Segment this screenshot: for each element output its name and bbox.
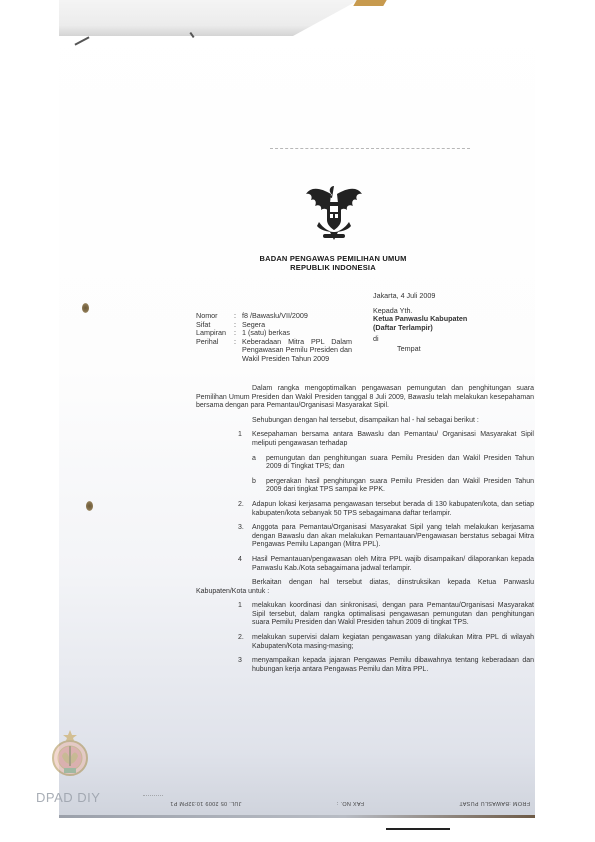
address-block: Jakarta, 4 Juli 2009 Kepada Yth. Ketua P… <box>373 291 467 353</box>
item-text: melakukan koordinasi dan sinkronisasi, d… <box>252 602 534 628</box>
list-item: 3. Anggota para Pemantau/Organisasi Masy… <box>238 524 534 550</box>
item-letter: a <box>252 455 266 472</box>
meta-separator: : <box>234 338 242 364</box>
organization-header: BADAN PENGAWAS PEMILIHAN UMUM REPUBLIK I… <box>200 254 466 272</box>
fold-tab <box>353 0 386 6</box>
list-item: 1 melakukan koordinasi dan sinkronisasi,… <box>238 602 534 628</box>
fax-datetime: JUL. 05 2009 10:32PM P1 <box>170 800 241 806</box>
item-number: 1 <box>238 431 252 448</box>
item-text: Adapun lokasi kerjasama pengawasan terse… <box>252 501 534 518</box>
instructions-list: 1 melakukan koordinasi dan sinkronisasi,… <box>196 602 534 674</box>
meta-label: Perihal <box>196 338 234 364</box>
item-number: 3. <box>238 524 252 550</box>
watermark-text: DPAD DIY <box>36 790 100 805</box>
item-number: 4 <box>238 556 252 573</box>
punch-hole <box>86 501 93 511</box>
place-label: Tempat <box>373 344 467 353</box>
signature-line <box>386 828 450 830</box>
item-number: 3 <box>238 657 252 674</box>
instruction-paragraph: Berkaitan dengan hal tersebut diatas, di… <box>196 579 534 596</box>
fax-number: FAX NO. : <box>337 800 364 806</box>
intro-paragraph: Dalam rangka mengoptimalkan pengawasan p… <box>196 385 534 411</box>
points-list: 1 Kesepahaman bersama antara Bawaslu dan… <box>196 431 534 573</box>
letter-date: Jakarta, 4 Juli 2009 <box>373 291 467 300</box>
di-label: di <box>373 334 467 343</box>
item-text: menyampaikan kepada jajaran Pengawas Pem… <box>252 657 534 674</box>
list-item: a pemungutan dan penghitungan suara Pemi… <box>252 455 534 472</box>
scan-artifact <box>143 795 163 802</box>
list-item: 2. melakukan supervisi dalam kegiatan pe… <box>238 634 534 651</box>
transition-paragraph: Sehubungan dengan hal tersebut, disampai… <box>196 417 534 426</box>
fax-header-upside-down: FROM :BAWASLU PUSAT FAX NO. : JUL. 05 20… <box>170 797 530 809</box>
organization-name: BADAN PENGAWAS PEMILIHAN UMUM <box>200 254 466 263</box>
garuda-emblem-icon <box>303 180 365 246</box>
list-item: 1 Kesepahaman bersama antara Bawaslu dan… <box>238 431 534 448</box>
meta-nomor: Nomor : f8 /Bawaslu/VII/2009 <box>196 312 352 321</box>
paper-bottom-edge <box>59 815 535 818</box>
list-item: 4 Hasil Pemantauan/pengawasan oleh Mitra… <box>238 556 534 573</box>
meta-perihal: Perihal : Keberadaan Mitra PPL Dalam Pen… <box>196 338 352 364</box>
letter-meta: Nomor : f8 /Bawaslu/VII/2009 Sifat : Seg… <box>196 312 352 364</box>
organization-country: REPUBLIK INDONESIA <box>200 263 466 272</box>
item-number: 2. <box>238 634 252 651</box>
item-number: 1 <box>238 602 252 628</box>
item-letter: b <box>252 478 266 495</box>
letter-body: Dalam rangka mengoptimalkan pengawasan p… <box>196 385 534 680</box>
item-text: pemungutan dan penghitungan suara Pemilu… <box>266 455 534 472</box>
fax-from: FROM :BAWASLU PUSAT <box>459 800 530 806</box>
dpad-seal-icon <box>50 730 90 778</box>
punch-hole <box>82 303 89 313</box>
list-item: 2. Adapun lokasi kerjasama pengawasan te… <box>238 501 534 518</box>
list-item: b pergerakan hasil penghitungan suara Pe… <box>252 478 534 495</box>
item-text: Kesepahaman bersama antara Bawaslu dan P… <box>252 431 534 448</box>
item-number: 2. <box>238 501 252 518</box>
list-item: 3 menyampaikan kepada jajaran Pengawas P… <box>238 657 534 674</box>
item-text: Anggota para Pemantau/Organisasi Masyara… <box>252 524 534 550</box>
scan-artifact-line <box>270 148 470 150</box>
item-text: Hasil Pemantauan/pengawasan oleh Mitra P… <box>252 556 534 573</box>
item-text: pergerakan hasil penghitungan suara Pemi… <box>266 478 534 495</box>
meta-value: Keberadaan Mitra PPL Dalam Pengawasan Pe… <box>242 338 352 364</box>
subpoints-list: a pemungutan dan penghitungan suara Pemi… <box>238 455 534 495</box>
item-text: melakukan supervisi dalam kegiatan penga… <box>252 634 534 651</box>
recipient-note: (Daftar Terlampir) <box>373 324 467 333</box>
